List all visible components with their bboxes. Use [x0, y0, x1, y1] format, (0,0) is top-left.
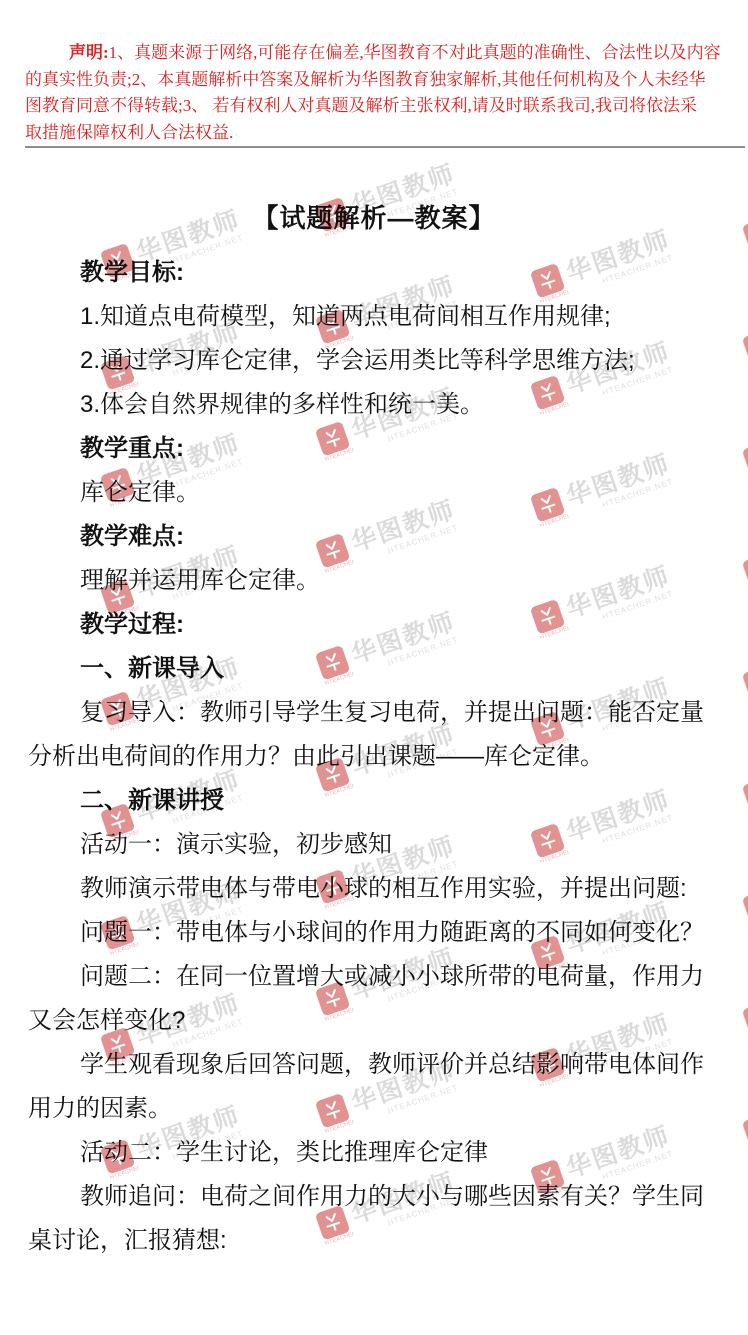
- disclaimer-line-text: 的真实性负责;2、本真题解析中答案及解析为华图教育独家解析,其他任何机构及个人未…: [25, 70, 705, 89]
- disclaimer-label: 声明:: [69, 43, 109, 62]
- body-line: 教师追问：电荷之间作用力的大小与哪些因素有关？学生同: [28, 1175, 720, 1219]
- section-heading: 教学重点:: [28, 427, 720, 471]
- disclaimer-line-text: 图教育同意不得转载;3、 若有权利人对真题及解析主张权利,请及时联系我司,我司将…: [25, 96, 697, 115]
- document-page: HTEACHER.NET华图教师HTEACHER.NETHTEACHER.NET…: [0, 0, 748, 1335]
- lesson-plan-body: 教学目标:1.知道点电荷模型，知道两点电荷间相互作用规律;2.通过学习库仑定律，…: [28, 251, 720, 1263]
- body-line: 学生观看现象后回答问题，教师评价并总结影响带电体间作: [28, 1043, 720, 1087]
- body-line: 又会怎样变化?: [28, 999, 720, 1043]
- page-title: 【试题解析—教案】: [0, 201, 748, 235]
- body-line: 活动一：演示实验，初步感知: [28, 823, 720, 867]
- body-line: 活动二：学生讨论，类比推理库仑定律: [28, 1131, 720, 1175]
- body-line: 1.知道点电荷模型，知道两点电荷间相互作用规律;: [28, 295, 720, 339]
- section-heading: 教学过程:: [28, 603, 720, 647]
- body-line: 问题二：在同一位置增大或减小小球所带的电荷量，作用力: [28, 955, 720, 999]
- section-heading: 教学目标:: [28, 251, 720, 295]
- disclaimer-line-text: 取措施保障权利人合法权益.: [25, 123, 233, 142]
- disclaimer-line-text: 1、真题来源于网络,可能存在偏差,华图教育不对此真题的准确性、合法性以及内容: [109, 43, 721, 62]
- body-line: 分析出电荷间的作用力？由此引出课题——库仑定律。: [28, 735, 720, 779]
- divider: [25, 146, 745, 148]
- body-line: 3.体会自然界规律的多样性和统一美。: [28, 383, 720, 427]
- body-line: 库仑定律。: [28, 471, 720, 515]
- section-heading: 一、新课导入: [28, 647, 720, 691]
- disclaimer-line: 的真实性负责;2、本真题解析中答案及解析为华图教育独家解析,其他任何机构及个人未…: [25, 67, 735, 94]
- body-line: 用力的因素。: [28, 1087, 720, 1131]
- document-content: 声明:1、真题来源于网络,可能存在偏差,华图教育不对此真题的准确性、合法性以及内…: [0, 0, 748, 1335]
- body-line: 问题一：带电体与小球间的作用力随距离的不同如何变化？: [28, 911, 720, 955]
- body-line: 2.通过学习库仑定律，学会运用类比等科学思维方法;: [28, 339, 720, 383]
- body-line: 桌讨论，汇报猜想:: [28, 1219, 720, 1263]
- disclaimer-line: 图教育同意不得转载;3、 若有权利人对真题及解析主张权利,请及时联系我司,我司将…: [25, 93, 735, 120]
- disclaimer: 声明:1、真题来源于网络,可能存在偏差,华图教育不对此真题的准确性、合法性以及内…: [25, 40, 735, 146]
- disclaimer-line: 声明:1、真题来源于网络,可能存在偏差,华图教育不对此真题的准确性、合法性以及内…: [25, 40, 735, 67]
- section-heading: 教学难点:: [28, 515, 720, 559]
- body-line: 理解并运用库仑定律。: [28, 559, 720, 603]
- body-line: 复习导入：教师引导学生复习电荷，并提出问题：能否定量: [28, 691, 720, 735]
- section-heading: 二、新课讲授: [28, 779, 720, 823]
- disclaimer-line: 取措施保障权利人合法权益.: [25, 120, 735, 147]
- body-line: 教师演示带电体与带电小球的相互作用实验，并提出问题:: [28, 867, 720, 911]
